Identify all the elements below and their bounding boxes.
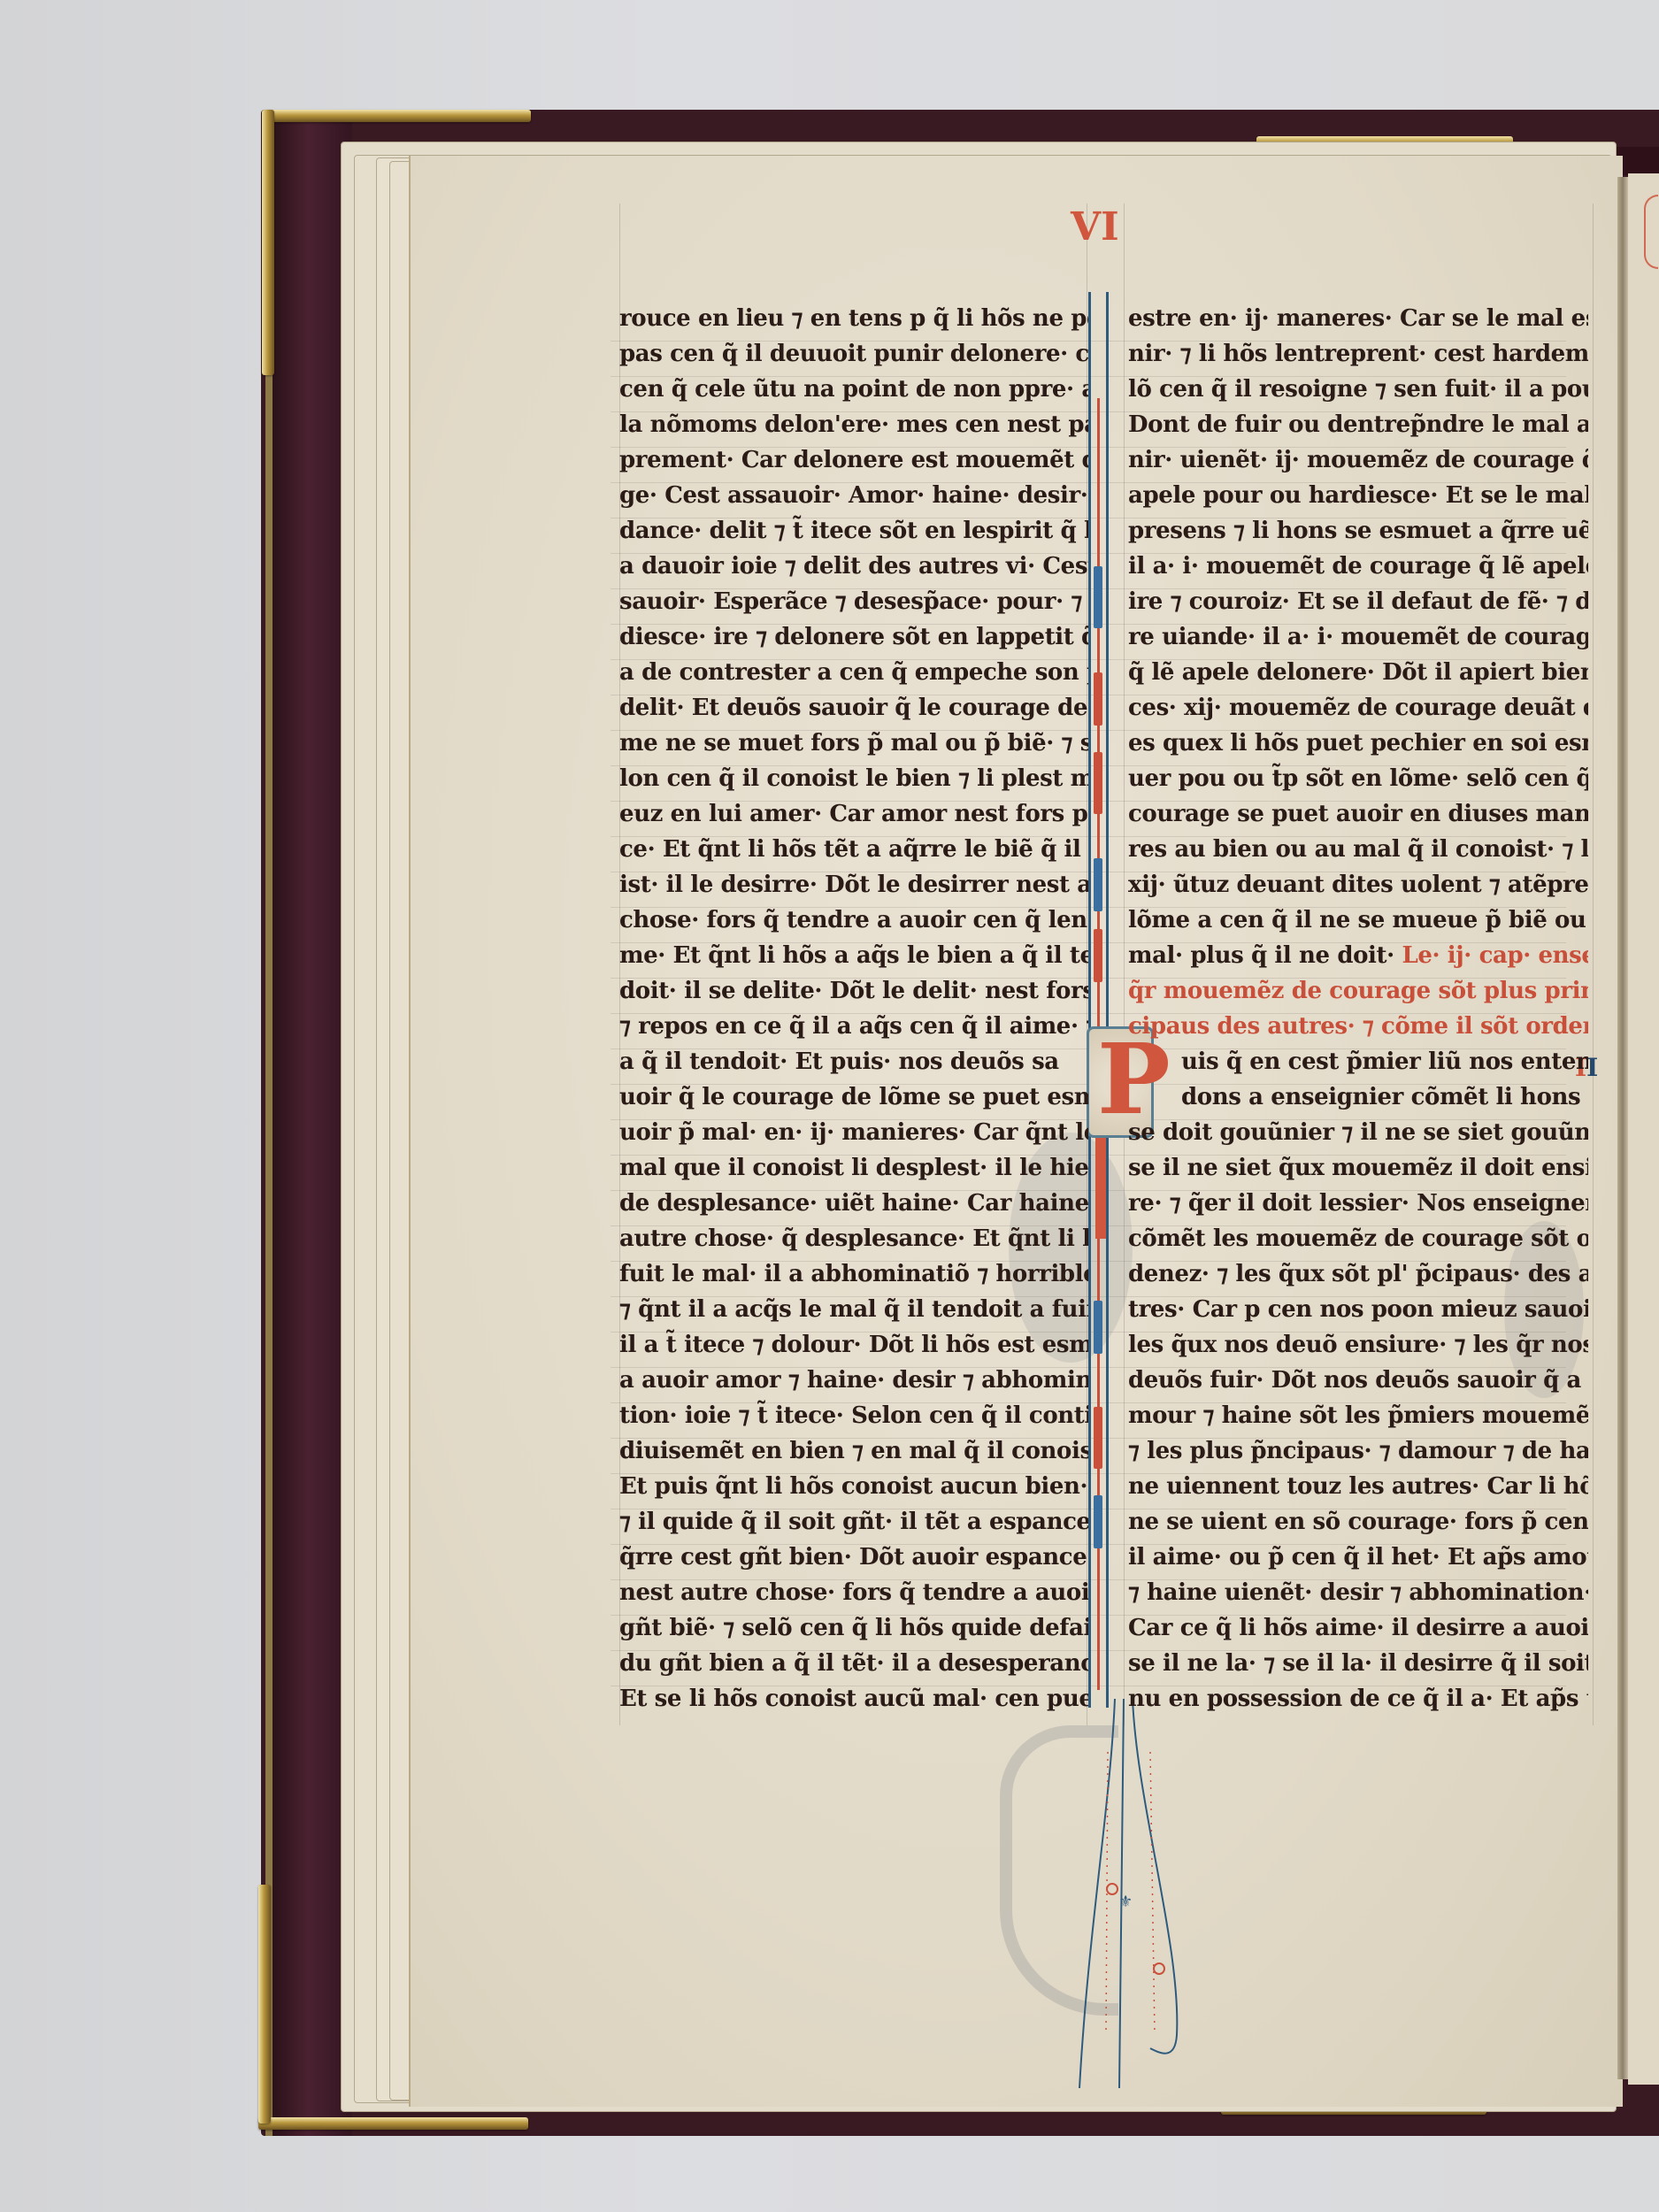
gutter-fold	[1617, 177, 1628, 2079]
text-line: re uiande· il a· i· mouemẽt de courage	[1128, 619, 1588, 655]
text-line: q̃rre cest gñt bien· Dõt auoir espance	[619, 1540, 1088, 1575]
red-paraph	[1094, 672, 1102, 726]
text-line: ne se uient en sõ courage· fors p̃ cen q…	[1128, 1504, 1588, 1540]
text-line: Dont de fuir ou dentrep̃ndre le mal aue	[1128, 407, 1588, 442]
text-line: tres· Car p cen nos poon mieuz sauoir	[1128, 1292, 1588, 1327]
facing-page-edge	[1628, 173, 1659, 2085]
text-line: euz en lui amer· Car amor nest fors ples…	[619, 796, 1088, 832]
text-line: fuit le mal· il a abhominatiõ ⁊ horrible…	[619, 1256, 1088, 1292]
text-line: ⁊ repos en ce q̃ il a aq̃s cen q̃ il aim…	[619, 1009, 1088, 1044]
text-line: nir· uienẽt· ij· mouemẽz de courage q̃ l…	[1128, 442, 1588, 478]
left-clasp-vertical	[262, 110, 274, 375]
blue-paraph	[1094, 858, 1102, 911]
text-line: ist· il le desirre· Dõt le desirrer nest…	[619, 867, 1088, 902]
text-line: se il ne la· ⁊ se il la· il desirre q̃ i…	[1128, 1646, 1588, 1681]
blue-paraph	[1094, 1301, 1102, 1354]
blue-paraph	[1094, 566, 1102, 628]
text-line: re· ⁊ q̃er il doit lessier· Nos enseigne…	[1128, 1186, 1588, 1221]
text-line: lon cen q̃ il conoist le bien ⁊ li plest…	[619, 761, 1088, 796]
text-line: doit· il se delite· Dõt le delit· nest f…	[619, 973, 1088, 1009]
text-line: a dauoir ioie ⁊ delit des autres vi· Ces…	[619, 549, 1088, 584]
text-line: apele pour ou hardiesce· Et se le mal es…	[1128, 478, 1588, 513]
text-line: ire ⁊ couroiz· Et se il defaut de fẽ· ⁊ …	[1128, 584, 1588, 619]
text-line: prement· Car delonere est mouemẽt de cou…	[619, 442, 1088, 478]
text-line: diesce· ire ⁊ delonere sõt en lappetit q…	[619, 619, 1088, 655]
text-line: ⁊ il quide q̃ il soit gñt· il tẽt a espa…	[619, 1504, 1088, 1540]
text-line-body: mal· plus q̃ il ne doit·	[1128, 942, 1394, 969]
text-line: q̃ lẽ apele delonere· Dõt il apiert bien…	[1128, 655, 1588, 690]
chapter-mark-blue: I	[1586, 1053, 1598, 1082]
text-line: autre chose· q̃ desplesance· Et q̃nt li …	[619, 1221, 1088, 1256]
text-line: il a t̃ itece ⁊ dolour· Dõt li hõs est e…	[619, 1327, 1088, 1363]
text-line: pas cen q̃ il deuuoit punir delonere· ce…	[619, 336, 1088, 372]
text-line: ce· Et q̃nt li hõs tẽt a aq̃rre le biẽ q…	[619, 832, 1088, 867]
text-line: ces· xij· mouemẽz de courage deuãt diz·	[1128, 690, 1588, 726]
text-line: a auoir amor ⁊ haine· desir ⁊ abhomina	[619, 1363, 1088, 1398]
text-line: uis q̃ en cest p̃mier liũ nos enten	[1128, 1044, 1588, 1079]
text-line: lõme a cen q̃ il ne se mueue p̃ biẽ ou p…	[1128, 902, 1588, 938]
text-line: il aime· ou p̃ cen q̃ il het· Et ap̃s am…	[1128, 1540, 1588, 1575]
left-clasp-vertical-bottom	[258, 1885, 271, 2124]
text-line: ne uiennent touz les autres· Car li hõs	[1128, 1469, 1588, 1504]
text-line: estre en· ij· maneres· Car se le mal est…	[1128, 301, 1588, 336]
ruling-vertical	[1593, 204, 1594, 1725]
text-line: se doit gouũnier ⁊ il ne se siet gouũnie…	[1128, 1115, 1588, 1150]
text-line: ⁊ q̃nt il a acq̃s le mal q̃ il tendoit a…	[619, 1292, 1088, 1327]
text-line: es quex li hõs puet pechier en soi esmou	[1128, 726, 1588, 761]
red-paraph	[1094, 929, 1102, 982]
text-line: cen q̃ cele ũtu na point de non ppre· ai…	[619, 372, 1088, 407]
text-line: uoir p̃ mal· en· ij· manieres· Car q̃nt …	[619, 1115, 1088, 1150]
running-head: VI	[1071, 205, 1119, 250]
text-column-right: estre en· ij· maneres· Car se le mal est…	[1128, 301, 1588, 1717]
text-line: mour ⁊ haine sõt les p̃miers mouemẽz	[1128, 1398, 1588, 1433]
text-line: mal que il conoist li desplest· il le hi…	[619, 1150, 1088, 1186]
text-line: res au bien ou au mal q̃ il conoist· ⁊ l…	[1128, 832, 1588, 867]
chapter-rubric-line: q̃r mouemẽz de courage sõt plus prin	[1128, 973, 1588, 1009]
text-line: courage se puet auoir en diuses mane	[1128, 796, 1588, 832]
text-line: lõ cen q̃ il resoigne ⁊ sen fuit· il a p…	[1128, 372, 1588, 407]
text-line: delit· Et deuõs sauoir q̃ le courage de …	[619, 690, 1088, 726]
text-line: dons a enseignier cõmẽt li hons	[1128, 1079, 1588, 1115]
text-line: gñt biẽ· ⁊ selõ cen q̃ li hõs quide defa…	[619, 1610, 1088, 1646]
text-line: Et puis q̃nt li hõs conoist aucun bien·	[619, 1469, 1088, 1504]
blue-penwork-line	[1106, 292, 1109, 1708]
text-line: tion· ioie ⁊ t̃ itece· Selon cen q̃ il c…	[619, 1398, 1088, 1433]
text-line: de desplesance· uiẽt haine· Car haine ne…	[619, 1186, 1088, 1221]
chapter-rubric: Le· ij· cap· enseig	[1402, 942, 1588, 969]
text-line: presens ⁊ li hons se esmuet a q̃rre uẽiã…	[1128, 513, 1588, 549]
bottom-left-clasp	[258, 2117, 528, 2130]
text-line: du gñt bien a q̃ il tẽt· il a desesperan…	[619, 1646, 1088, 1681]
text-line: les q̃ux nos deuõ ensiure· ⁊ les q̃r nos	[1128, 1327, 1588, 1363]
text-line: ⁊ haine uienẽt· desir ⁊ abhomination·	[1128, 1575, 1588, 1610]
text-line: xij· ũtuz deuant dites uolent ⁊ atẽpreẽt	[1128, 867, 1588, 902]
text-line: a de contrester a cen q̃ empeche son pp̃	[619, 655, 1088, 690]
text-line: Et se li hõs conoist aucũ mal· cen puet	[619, 1681, 1088, 1717]
text-line: cõmẽt les mouemẽz de courage sõt or	[1128, 1221, 1588, 1256]
red-paraph	[1094, 1407, 1102, 1469]
text-line: dance· delit ⁊ t̃ itece sõt en lespirit …	[619, 513, 1088, 549]
facing-page-rubric-mark	[1644, 195, 1658, 269]
chapter-rubric-line: cipaus des autres· ⁊ cõme il sõt ordenez…	[1128, 1009, 1588, 1044]
text-line: la nõmoms delon'ere· mes cen nest pas p	[619, 407, 1088, 442]
text-line: deuõs fuir· Dõt nos deuõs sauoir q̃ a	[1128, 1363, 1588, 1398]
text-line: ⁊ les plus p̃ncipaus· ⁊ damour ⁊ de hai	[1128, 1433, 1588, 1469]
red-paraph	[1094, 752, 1102, 814]
text-line: uoir q̃ le courage de lõme se puet esmo	[619, 1079, 1088, 1115]
text-line: ge· Cest assauoir· Amor· haine· desir· a…	[619, 478, 1088, 513]
text-line: nu en possession de ce q̃ il a· Et ap̃s …	[1128, 1681, 1588, 1717]
text-line: me ne se muet fors p̃ mal ou p̃ biẽ· ⁊ s…	[619, 726, 1088, 761]
text-line: il a· i· mouemẽt de courage q̃ lẽ apele	[1128, 549, 1588, 584]
binding-spine-edge	[265, 110, 352, 2136]
text-line: mal· plus q̃ il ne doit· Le· ij· cap· en…	[1128, 938, 1588, 973]
text-line: sauoir· Esperãce ⁊ desesp̃ace· pour· ⁊ h…	[619, 584, 1088, 619]
text-line: nest autre chose· fors q̃ tendre a auoir	[619, 1575, 1088, 1610]
blue-penwork-line	[1088, 292, 1091, 1708]
svg-text:⚜: ⚜	[1118, 1893, 1133, 1911]
text-line: Car ce q̃ li hõs aime· il desirre a auoi…	[1128, 1610, 1588, 1646]
text-line: chose· fors q̃ tendre a auoir cen q̃ len…	[619, 902, 1088, 938]
blue-paraph	[1094, 1495, 1102, 1548]
text-line: denez· ⁊ les q̃ux sõt pl' p̃cipaus· des …	[1128, 1256, 1588, 1292]
text-line: a q̃ il tendoit· Et puis· nos deuõs sa	[619, 1044, 1088, 1079]
top-left-clasp	[265, 110, 531, 122]
ruling-vertical	[1124, 204, 1125, 1725]
text-line: me· Et q̃nt li hõs a aq̃s le bien a q̃ i…	[619, 938, 1088, 973]
text-column-left: rouce en lieu ⁊ en tens p q̃ li hõs ne p…	[619, 301, 1088, 1717]
text-line: rouce en lieu ⁊ en tens p q̃ li hõs ne p…	[619, 301, 1088, 336]
text-line: diuisemẽt en bien ⁊ en mal q̃ il conoist…	[619, 1433, 1088, 1469]
text-line: nir· ⁊ li hõs lentreprent· cest hardemẽt…	[1128, 336, 1588, 372]
text-line: se il ne siet q̃ux mouemẽz il doit ensiu	[1128, 1150, 1588, 1186]
bottom-penwork-flourish: ⚜	[1026, 1699, 1221, 2088]
text-line: uer pou ou t̃p sõt en lõme· selõ cen q̃ …	[1128, 761, 1588, 796]
